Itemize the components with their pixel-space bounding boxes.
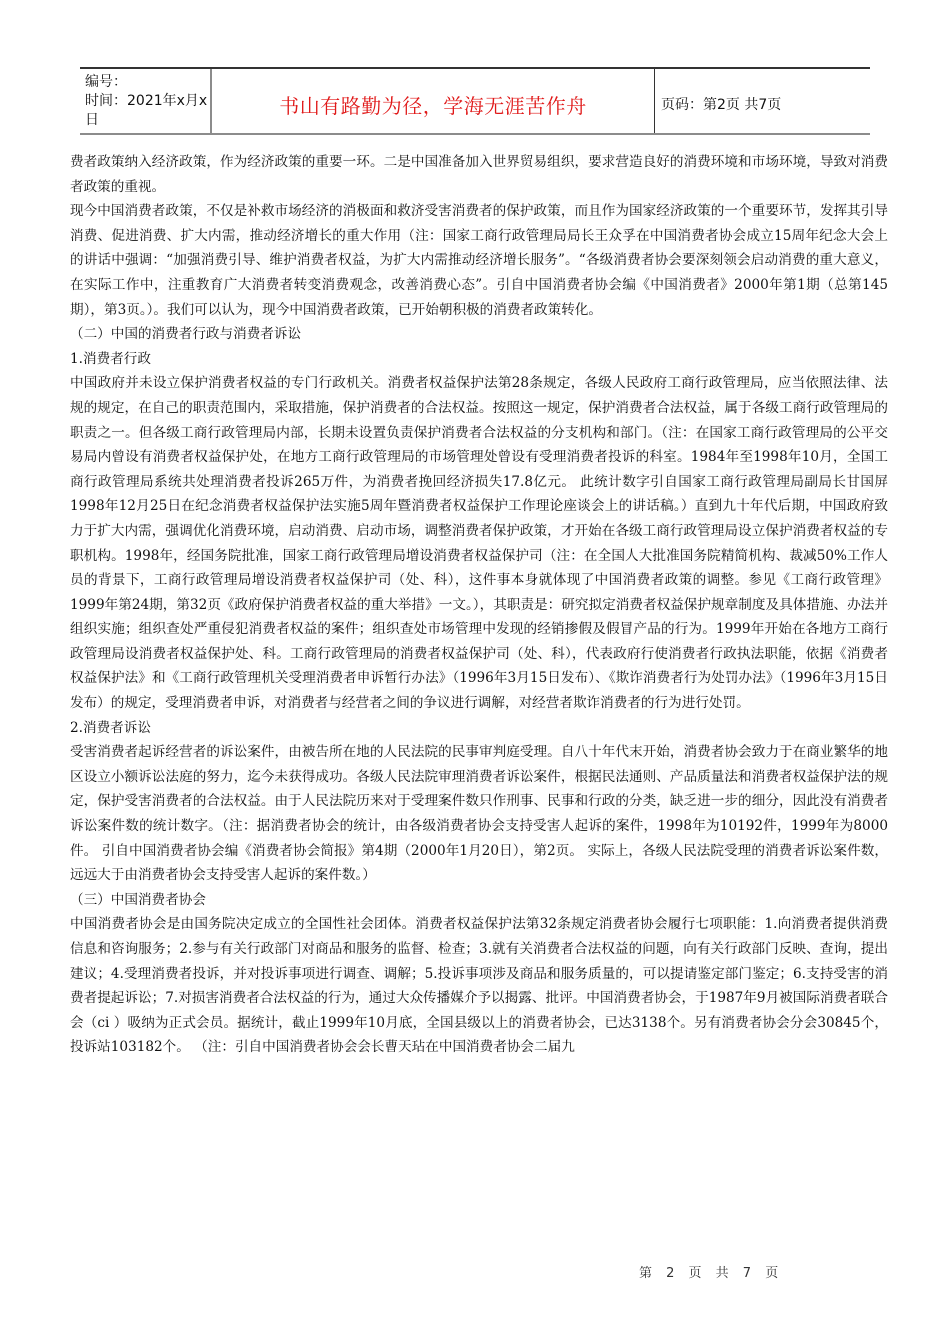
- section-heading-2: （二）中国的消费者行政与消费者诉讼: [70, 322, 888, 347]
- motto-text: 书山有路勤为径，学海无涯苦作舟: [279, 90, 587, 119]
- document-body: 费者政策纳入经济政策，作为经济政策的重要一环。二是中国准备加入世界贸易组织，要求…: [70, 150, 888, 1060]
- paragraph-consumer-association: 中国消费者协会是由国务院决定成立的全国性社会团体。消费者权益保护法第32条规定消…: [70, 912, 888, 1060]
- serial-number-label: 编号：: [85, 73, 210, 92]
- header-meta-cell: 编号： 时间：2021年x月x日: [80, 69, 212, 133]
- paragraph-administration: 中国政府并未设立保护消费者权益的专门行政机关。消费者权益保护法第28条规定，各级…: [70, 371, 888, 715]
- subsection-heading-administration: 1.消费者行政: [70, 347, 888, 372]
- page-code-text: 页码：第2页 共7页: [661, 94, 781, 114]
- paragraph-litigation: 受害消费者起诉经营者的诉讼案件，由被告所在地的人民法院的民事审判庭受理。自八十年…: [70, 740, 888, 888]
- paragraph-consumer-policy: 现今中国消费者政策，不仅是补救市场经济的消极面和救济受害消费者的保护政策，而且作…: [70, 199, 888, 322]
- subsection-heading-litigation: 2.消费者诉讼: [70, 716, 888, 741]
- header-page-cell: 页码：第2页 共7页: [655, 69, 870, 133]
- section-heading-3: （三）中国消费者协会: [70, 888, 888, 913]
- document-header-table: 编号： 时间：2021年x月x日 书山有路勤为径，学海无涯苦作舟 页码：第2页 …: [80, 67, 870, 135]
- paragraph-continuation: 费者政策纳入经济政策，作为经济政策的重要一环。二是中国准备加入世界贸易组织，要求…: [70, 150, 888, 199]
- footer-page-indicator: 第 2 页 共 7 页: [639, 1262, 783, 1281]
- header-motto-cell: 书山有路勤为径，学海无涯苦作舟: [212, 69, 655, 133]
- date-label: 时间：2021年x月x日: [85, 92, 210, 130]
